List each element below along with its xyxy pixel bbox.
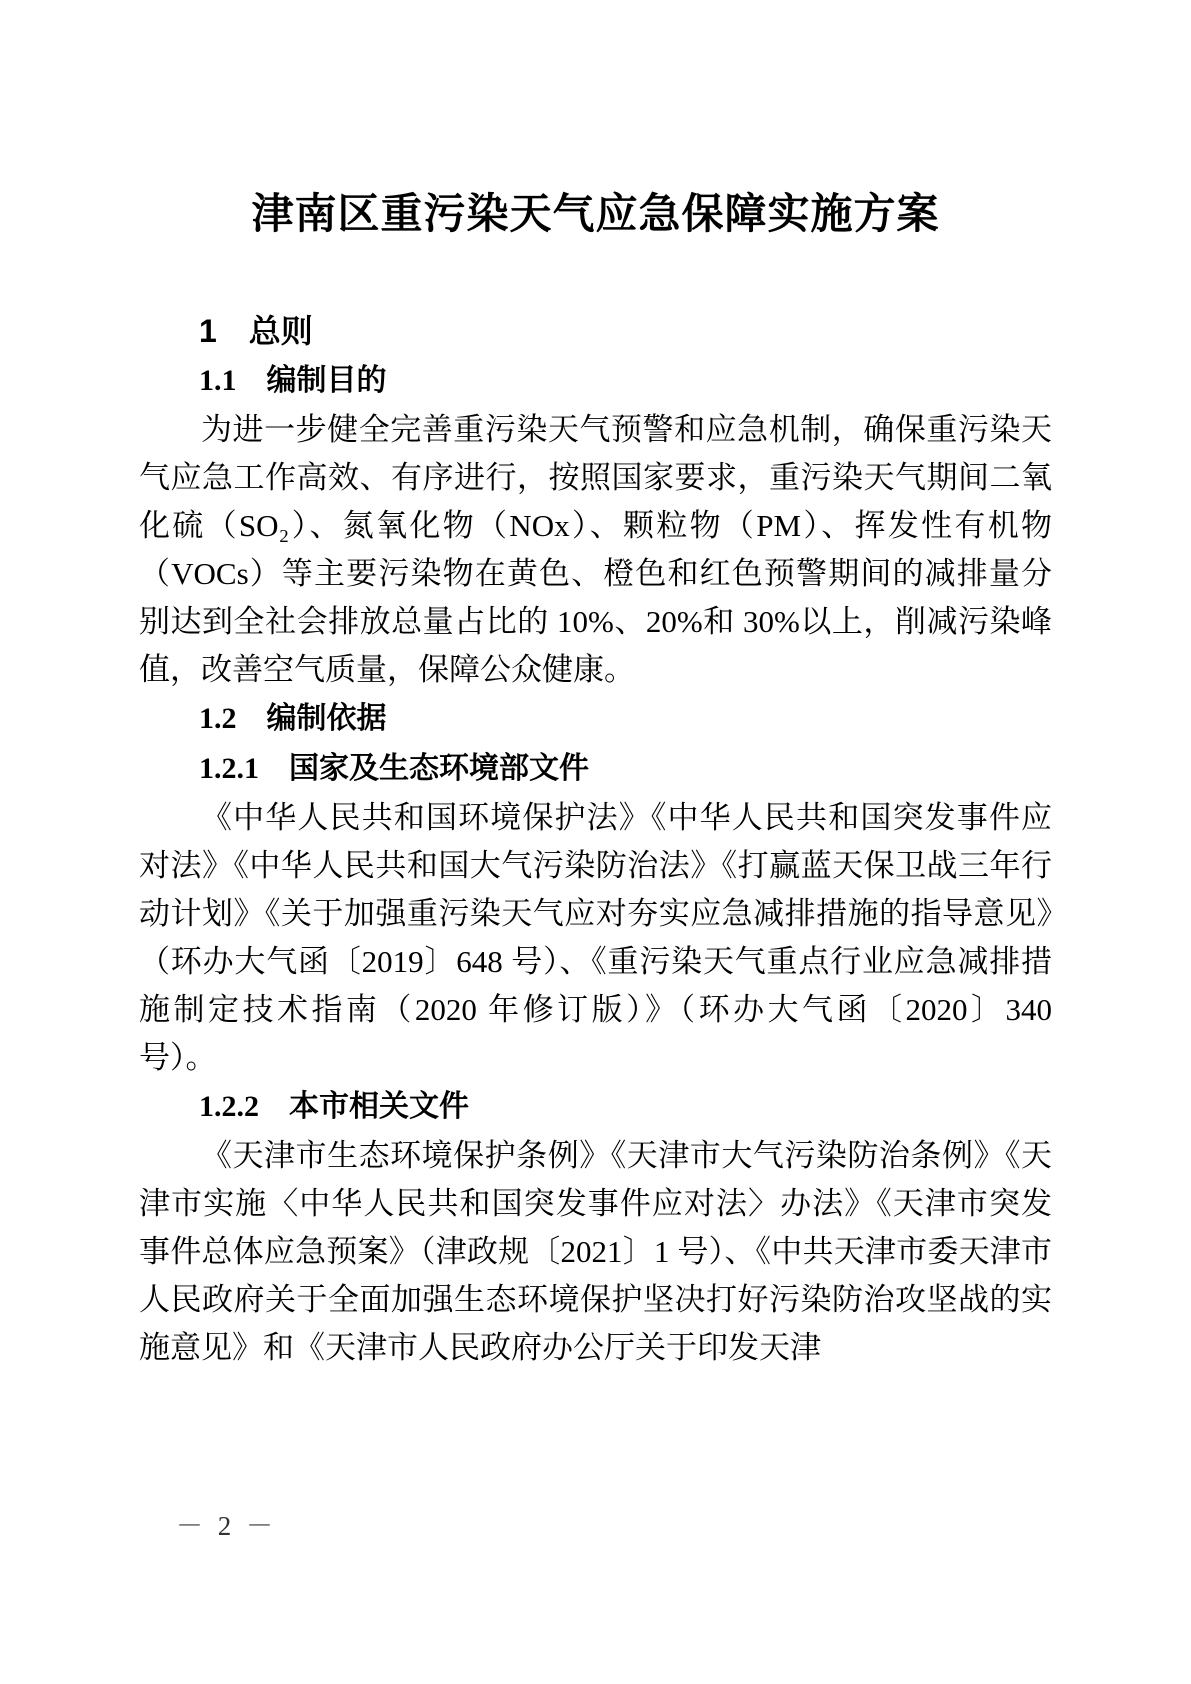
section-heading-1-2-2: 1.2.2 本市相关文件 (139, 1082, 1052, 1132)
paragraph-purpose: 为进一步健全完善重污染天气预警和应急机制，确保重污染天气应急工作高效、有序进行，… (139, 406, 1052, 694)
document-page: 津南区重污染天气应急保障实施方案 1 总则 1.1 编制目的 为进一步健全完善重… (0, 0, 1191, 1684)
section-heading-1: 1 总则 (139, 306, 1052, 356)
document-content: 津南区重污染天气应急保障实施方案 1 总则 1.1 编制目的 为进一步健全完善重… (139, 186, 1052, 1372)
section-heading-1-2: 1.2 编制依据 (139, 694, 1052, 744)
section-heading-1-1: 1.1 编制目的 (139, 356, 1052, 406)
paragraph-national-documents: 《中华人民共和国环境保护法》《中华人民共和国突发事件应对法》《中华人民共和国大气… (139, 794, 1052, 1082)
page-title: 津南区重污染天气应急保障实施方案 (139, 186, 1052, 244)
section-heading-1-2-1: 1.2.1 国家及生态环境部文件 (139, 744, 1052, 794)
paragraph-municipal-documents: 《天津市生态环境保护条例》《天津市大气污染防治条例》《天津市实施〈中华人民共和国… (139, 1132, 1052, 1372)
page-number: － 2 － (176, 1508, 277, 1544)
